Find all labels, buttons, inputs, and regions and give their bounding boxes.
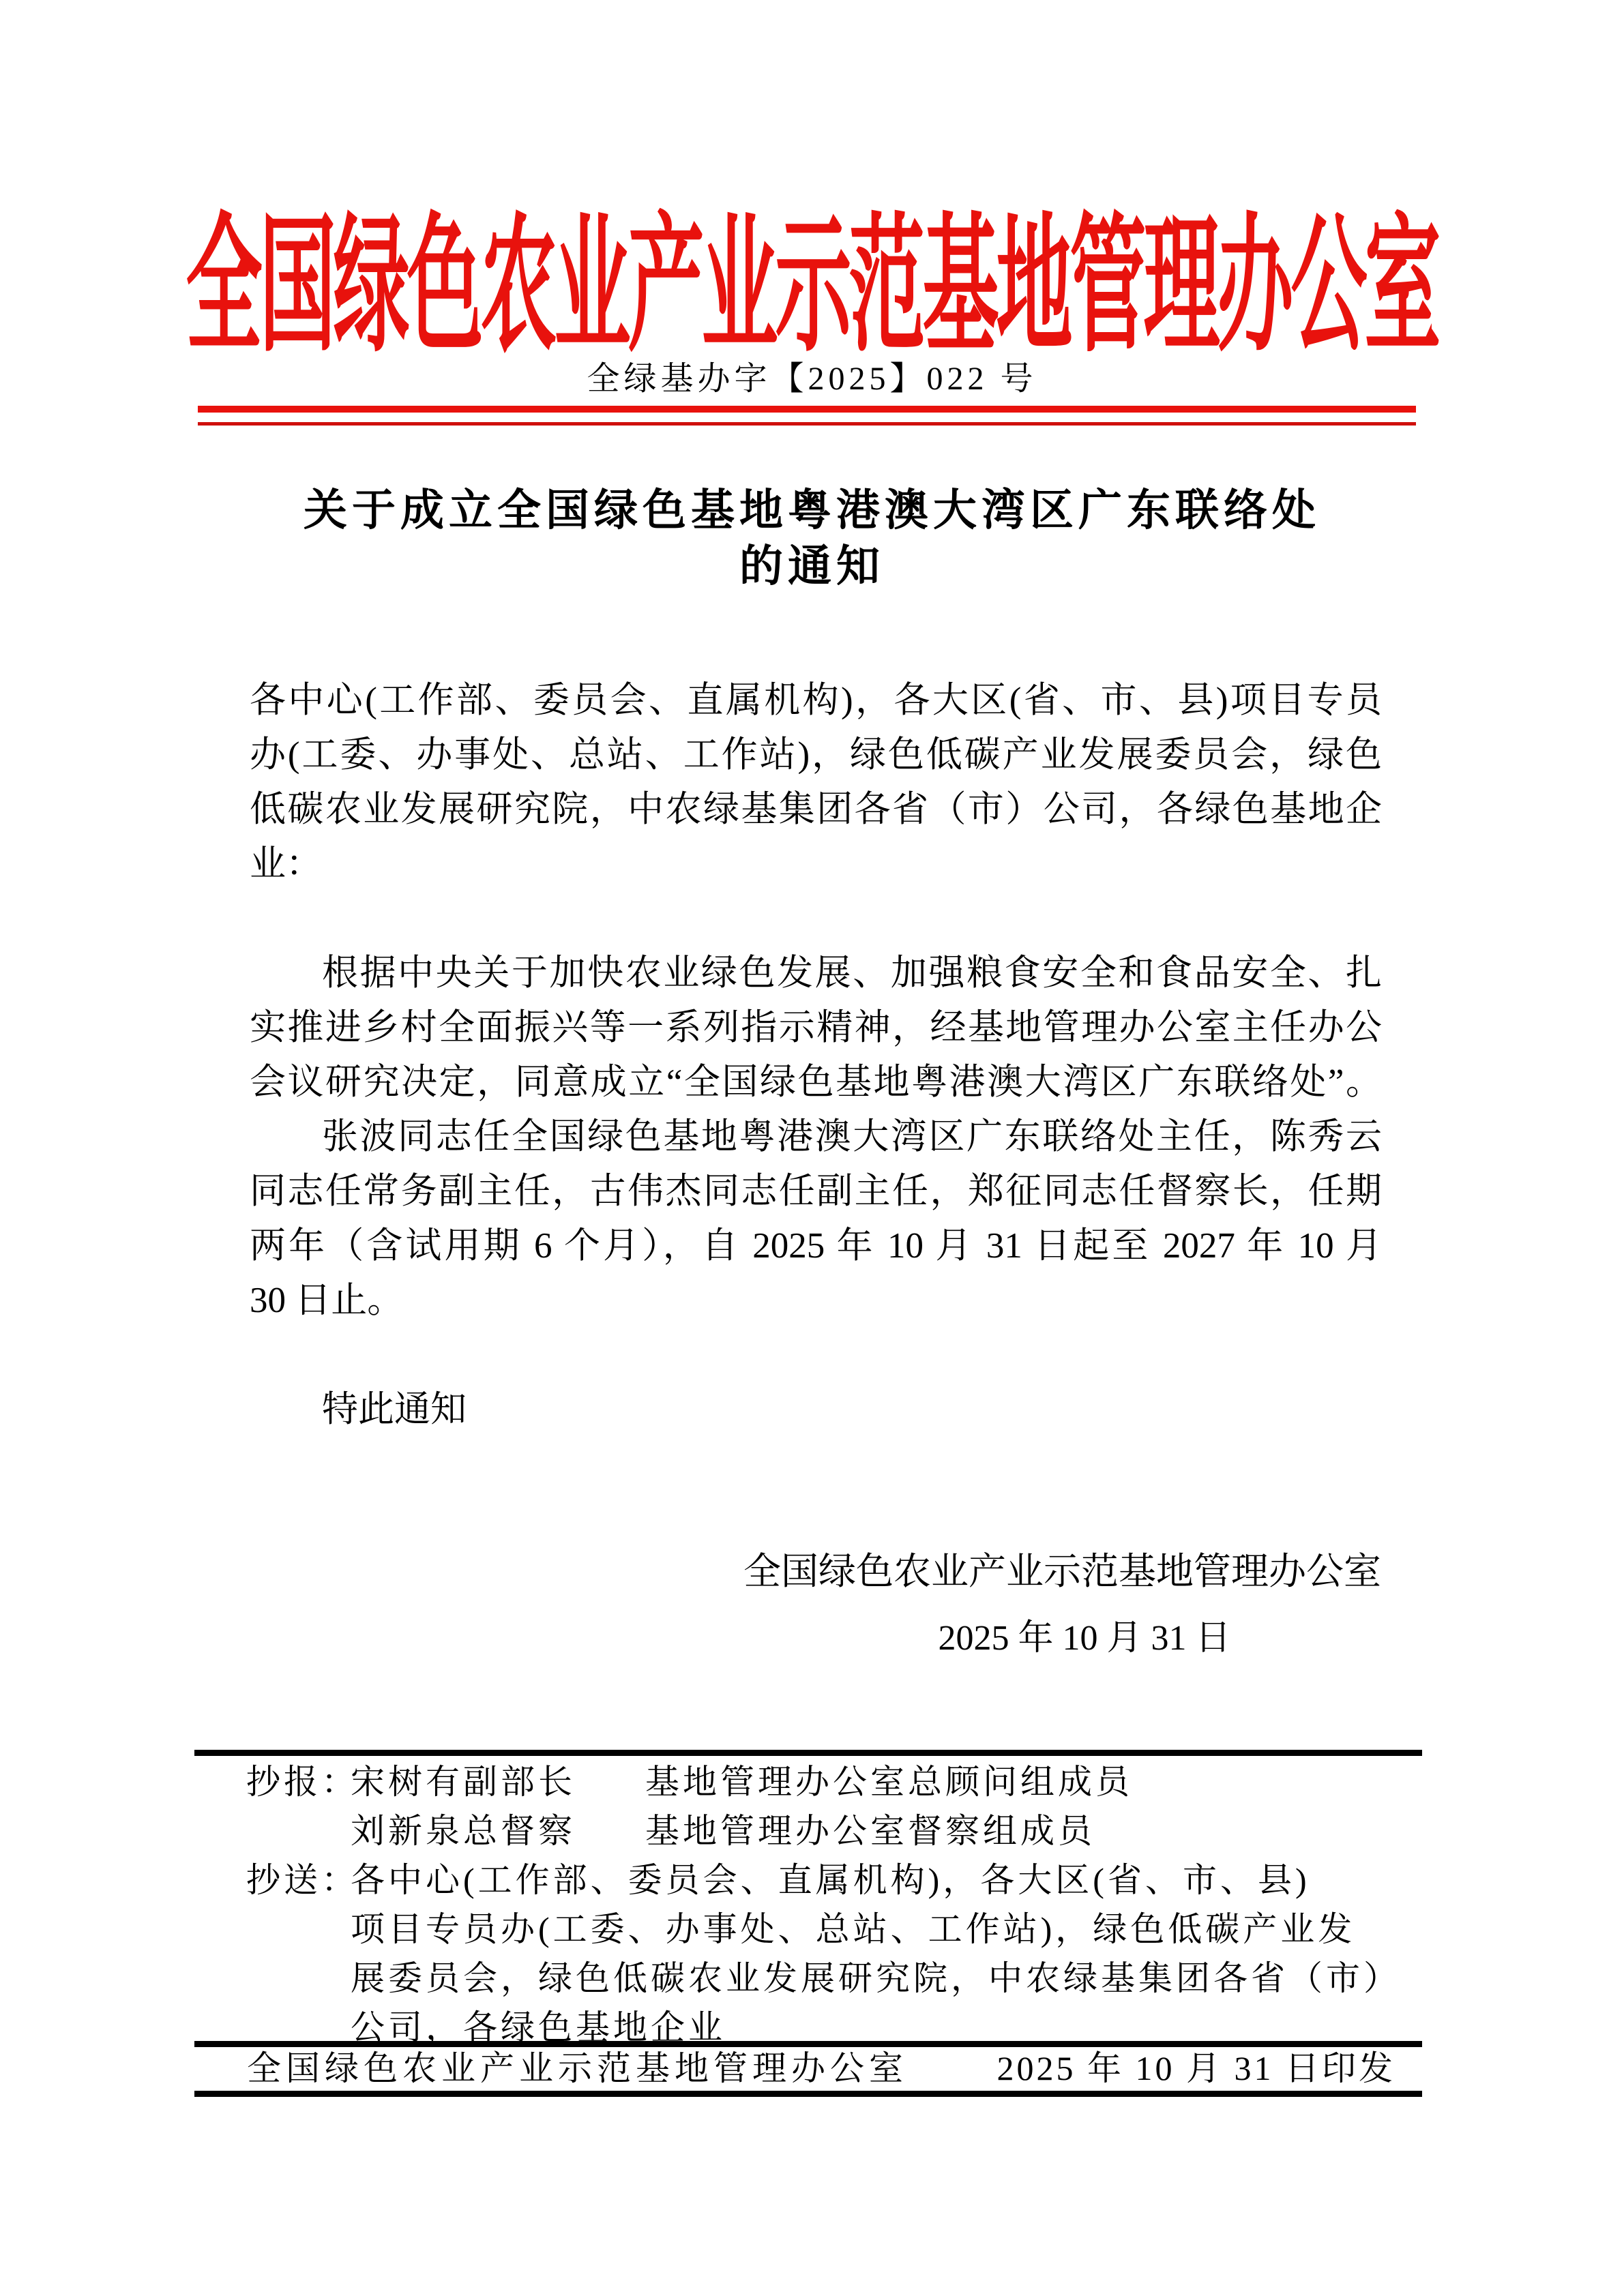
document-body: 各中心(工作部、委员会、直属机构)，各大区(省、市、县)项目专员 办(工委、办事… bbox=[250, 673, 1382, 1437]
body-line: 办(工委、办事处、总站、工作站)，绿色低碳产业发展委员会，绿色 bbox=[250, 728, 1382, 782]
red-header-banner: 全国绿色农业产业示范基地管理办公室 bbox=[0, 188, 1624, 359]
body-line: 业： bbox=[250, 837, 1382, 891]
document-number: 全绿基办字【2025】022 号 bbox=[0, 357, 1624, 401]
footer-rule-top bbox=[194, 1750, 1422, 1756]
paragraph-closing: 特此通知 bbox=[250, 1382, 1382, 1437]
body-line: 两年（含试用期 6 个月），自 2025 年 10 月 31 日起至 2027 … bbox=[250, 1219, 1382, 1273]
salutation-paragraph: 各中心(工作部、委员会、直属机构)，各大区(省、市、县)项目专员 办(工委、办事… bbox=[250, 673, 1382, 891]
body-line: 同志任常务副主任，古伟杰同志任副主任，郑征同志任督察长，任期 bbox=[250, 1164, 1382, 1219]
document-title-line1: 关于成立全国绿色基地粤港澳大湾区广东联络处 bbox=[0, 483, 1624, 539]
copy-send-line: 项目专员办(工委、办事处、总站、工作站)，绿色低碳产业发 bbox=[351, 1905, 1355, 1954]
red-rule-thick bbox=[198, 406, 1416, 413]
body-line: 各中心(工作部、委员会、直属机构)，各大区(省、市、县)项目专员 bbox=[250, 673, 1382, 728]
paragraph-appointments: 张波同志任全国绿色基地粤港澳大湾区广东联络处主任，陈秀云 同志任常务副主任，古伟… bbox=[250, 1109, 1382, 1328]
red-rule-thin bbox=[198, 422, 1416, 426]
issuing-org-title: 全国绿色农业产业示范基地管理办公室 bbox=[186, 166, 1438, 381]
issuer-row: 全国绿色农业产业示范基地管理办公室 2025 年 10 月 31 日印发 bbox=[194, 2046, 1422, 2091]
body-line: 会议研究决定，同意成立“全国绿色基地粤港澳大湾区广东联络处”。 bbox=[250, 1055, 1382, 1109]
copy-send-line: 展委员会，绿色低碳农业发展研究院，中农绿基集团各省（市） bbox=[351, 1954, 1401, 2003]
body-line: 实推进乡村全面振兴等一系列指示精神，经基地管理办公室主任办公 bbox=[250, 1000, 1382, 1055]
body-line: 低碳农业发展研究院，中农绿基集团各省（市）公司，各绿色基地企 bbox=[250, 782, 1382, 837]
document-title: 关于成立全国绿色基地粤港澳大湾区广东联络处 的通知 bbox=[0, 483, 1624, 595]
body-line: 张波同志任全国绿色基地粤港澳大湾区广东联络处主任，陈秀云 bbox=[250, 1109, 1382, 1164]
copy-send-label: 抄送： bbox=[246, 1855, 359, 1905]
copy-report-role: 基地管理办公室总顾问组成员 bbox=[645, 1757, 1133, 1806]
issuer-org: 全国绿色农业产业示范基地管理办公室 bbox=[247, 2046, 908, 2091]
official-document-page: 全国绿色农业产业示范基地管理办公室 全绿基办字【2025】022 号 关于成立全… bbox=[0, 0, 1624, 2296]
copy-report-role: 基地管理办公室督察组成员 bbox=[645, 1806, 1095, 1855]
issue-date: 2025 年 10 月 31 日印发 bbox=[997, 2046, 1396, 2091]
body-line: 30 日止。 bbox=[250, 1273, 1382, 1328]
closing-notice: 特此通知 bbox=[250, 1382, 1382, 1437]
body-line: 根据中央关于加快农业绿色发展、加强粮食安全和食品安全、扎 bbox=[250, 946, 1382, 1000]
copy-report-label: 抄报： bbox=[246, 1757, 359, 1806]
signature-date: 2025 年 10 月 31 日 bbox=[914, 1617, 1255, 1660]
paragraph-basis: 根据中央关于加快农业绿色发展、加强粮食安全和食品安全、扎 实推进乡村全面振兴等一… bbox=[250, 946, 1382, 1109]
footer-rule-bottom bbox=[194, 2091, 1422, 2097]
copy-report-name: 宋树有副部长 bbox=[351, 1757, 576, 1806]
document-title-line2: 的通知 bbox=[0, 539, 1624, 595]
signature-org: 全国绿色农业产业示范基地管理办公室 bbox=[743, 1549, 1381, 1594]
copy-report-name: 刘新泉总督察 bbox=[351, 1806, 576, 1855]
copy-send-line: 各中心(工作部、委员会、直属机构)，各大区(省、市、县) bbox=[351, 1855, 1310, 1905]
